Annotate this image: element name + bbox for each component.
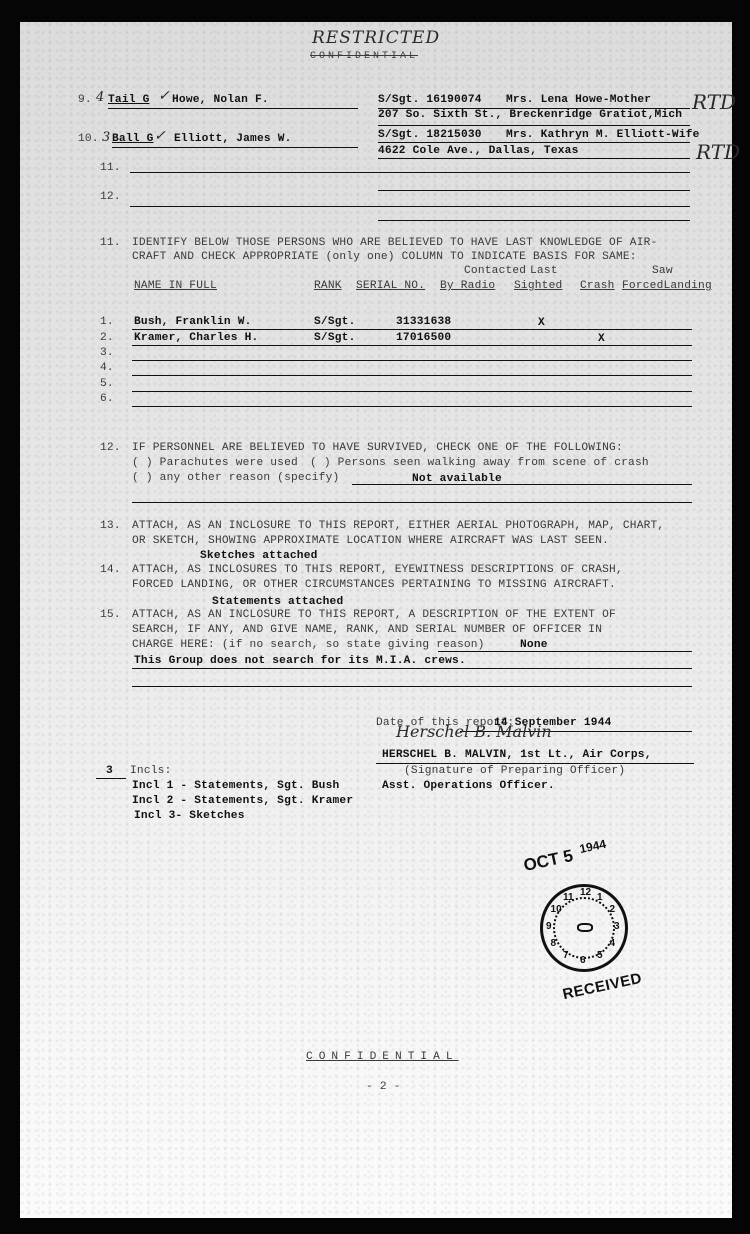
crew-row-9-next-of-kin: Mrs. Lena Howe-Mother xyxy=(506,93,651,107)
table-row-name: Bush, Franklin W. xyxy=(134,315,252,329)
clock-number: 9 xyxy=(546,921,552,932)
table-row-rank: S/Sgt. xyxy=(314,315,355,329)
section-12-number: 12. xyxy=(100,441,121,455)
crew-row-10-rank-serial: S/Sgt. 18215030 xyxy=(378,128,482,142)
crew-row-9-rank-serial: S/Sgt. 16190074 xyxy=(378,93,482,107)
inclosure-item-1: Incl 1 - Statements, Sgt. Bush xyxy=(132,779,339,793)
crew-row-10-position: Ball G xyxy=(112,132,153,146)
section-12-answer: Not available xyxy=(412,472,502,486)
table-row-number: 4. xyxy=(100,361,114,375)
crew-row-10-number: 10. xyxy=(78,132,99,146)
section-15-line2: SEARCH, IF ANY, AND GIVE NAME, RANK, AND… xyxy=(132,623,602,637)
header-name-in-full: NAME IN FULL xyxy=(134,279,217,293)
section-15-line1: ATTACH, AS AN INCLOSURE TO THIS REPORT, … xyxy=(132,608,616,622)
section-14-number: 14. xyxy=(100,563,121,577)
table-row-serial: 17016500 xyxy=(396,331,451,345)
inclosure-item-3: Incl 3- Sketches xyxy=(134,809,245,823)
crew-row-9-number: 9. xyxy=(78,93,92,107)
header-crash: Crash xyxy=(580,279,615,293)
section-14-answer: Statements attached xyxy=(212,595,343,609)
clock-number: 1 xyxy=(597,892,603,903)
received-stamp-label: RECEIVED xyxy=(561,970,643,1003)
option-persons-seen-walking: ( ) Persons seen walking away from scene… xyxy=(310,456,649,470)
header-sighted: Sighted xyxy=(514,279,562,293)
crew-row-9-position: Tail G xyxy=(108,93,149,107)
clock-number: 2 xyxy=(609,904,615,915)
header-by-radio: By Radio xyxy=(440,279,495,293)
inclosures-label: Incls: xyxy=(130,764,171,778)
section-11-number: 11. xyxy=(100,236,121,250)
table-row-mark: X xyxy=(598,332,605,346)
crew-row-9-rtd-note: RTD xyxy=(692,90,736,114)
crew-row-9-address: 207 So. Sixth St., Breckenridge Gratiot,… xyxy=(378,108,682,122)
document-page: RESTRICTED CONFIDENTIAL 9. 4 Tail G ✓ Ho… xyxy=(20,22,732,1218)
table-row-number: 2. xyxy=(100,331,114,345)
received-stamp-date: OCT 51944 xyxy=(521,837,608,876)
section-13-number: 13. xyxy=(100,519,121,533)
signer-typed-name: HERSCHEL B. MALVIN, 1st Lt., Air Corps, xyxy=(382,748,652,762)
inclosure-count: 3 xyxy=(106,764,113,778)
clock-number: 3 xyxy=(614,921,620,932)
section-13-line1: ATTACH, AS AN INCLOSURE TO THIS REPORT, … xyxy=(132,519,664,533)
header-contacted-top: Contacted xyxy=(464,264,526,278)
page-number: - 2 - xyxy=(366,1080,401,1094)
signer-title: Asst. Operations Officer. xyxy=(382,779,555,793)
option-parachutes: ( ) Parachutes were used xyxy=(132,456,298,470)
table-row-rank: S/Sgt. xyxy=(314,331,355,345)
clock-number: 4 xyxy=(609,938,615,949)
section-11-text-line1: IDENTIFY BELOW THOSE PERSONS WHO ARE BEL… xyxy=(132,236,657,250)
section-11-text-line2: CRAFT AND CHECK APPROPRIATE (only one) C… xyxy=(132,250,637,264)
table-row-number: 6. xyxy=(100,392,114,406)
confidential-struck-mark: CONFIDENTIAL xyxy=(310,50,418,64)
restricted-handwritten-mark: RESTRICTED xyxy=(312,28,440,48)
section-14-line2: FORCED LANDING, OR OTHER CIRCUMSTANCES P… xyxy=(132,578,616,592)
section-13-line2: OR SKETCH, SHOWING APPROXIMATE LOCATION … xyxy=(132,534,609,548)
section-14-line1: ATTACH, AS INCLOSURES TO THIS REPORT, EY… xyxy=(132,563,623,577)
crew-row-10-rtd-note: RTD xyxy=(696,140,740,164)
clock-number: 8 xyxy=(551,938,557,949)
table-row-mark: X xyxy=(538,316,545,330)
clock-number: 11 xyxy=(563,892,574,903)
crew-row-9-hand-position: 4 xyxy=(96,90,104,105)
clock-number: 10 xyxy=(551,904,562,915)
section-13-answer: Sketches attached xyxy=(200,549,318,563)
footer-classification: CONFIDENTIAL xyxy=(306,1050,459,1064)
crew-row-10-hand-position: 3 xyxy=(102,130,110,145)
section-15-answer-detail: This Group does not search for its M.I.A… xyxy=(134,654,466,668)
option-other-reason: ( ) any other reason (specify) xyxy=(132,471,339,485)
crew-row-9-name: Howe, Nolan F. xyxy=(172,93,269,107)
clock-number: 7 xyxy=(563,950,569,961)
crew-row-10-next-of-kin: Mrs. Kathryn M. Elliott-Wife xyxy=(506,128,700,142)
section-15-line3: CHARGE HERE: (if no search, so state giv… xyxy=(132,638,485,652)
clock-number: 5 xyxy=(597,950,603,961)
crew-row-10-address: 4622 Cole Ave., Dallas, Texas xyxy=(378,144,579,158)
check-mark-icon: ✓ xyxy=(154,128,166,144)
header-saw-top: Saw xyxy=(652,264,673,278)
header-serial-no: SERIAL NO. xyxy=(356,279,425,293)
section-12-line1: IF PERSONNEL ARE BELIEVED TO HAVE SURVIV… xyxy=(132,441,623,455)
header-rank: RANK xyxy=(314,279,342,293)
table-row-number: 1. xyxy=(100,315,114,329)
table-row-name: Kramer, Charles H. xyxy=(134,331,258,345)
blank-item-12: 12. xyxy=(100,190,121,204)
table-row-number: 5. xyxy=(100,377,114,391)
handwritten-signature: Herschel B. Malvin xyxy=(396,722,552,741)
header-forced-landing: ForcedLanding xyxy=(622,279,712,293)
clock-number: 6 xyxy=(580,955,586,966)
table-row-serial: 31331638 xyxy=(396,315,451,329)
clock-number: 12 xyxy=(580,887,591,898)
header-last-top: Last xyxy=(530,264,558,278)
crew-row-10-name: Elliott, James W. xyxy=(174,132,292,146)
signature-caption: (Signature of Preparing Officer) xyxy=(404,764,625,778)
section-15-answer: None xyxy=(520,638,548,652)
table-row-number: 3. xyxy=(100,346,114,360)
check-mark-icon: ✓ xyxy=(158,88,170,104)
inclosure-item-2: Incl 2 - Statements, Sgt. Kramer xyxy=(132,794,353,808)
blank-item-11: 11. xyxy=(100,161,121,175)
clock-stamp-icon: 121234567891011 xyxy=(540,884,628,972)
section-15-number: 15. xyxy=(100,608,121,622)
